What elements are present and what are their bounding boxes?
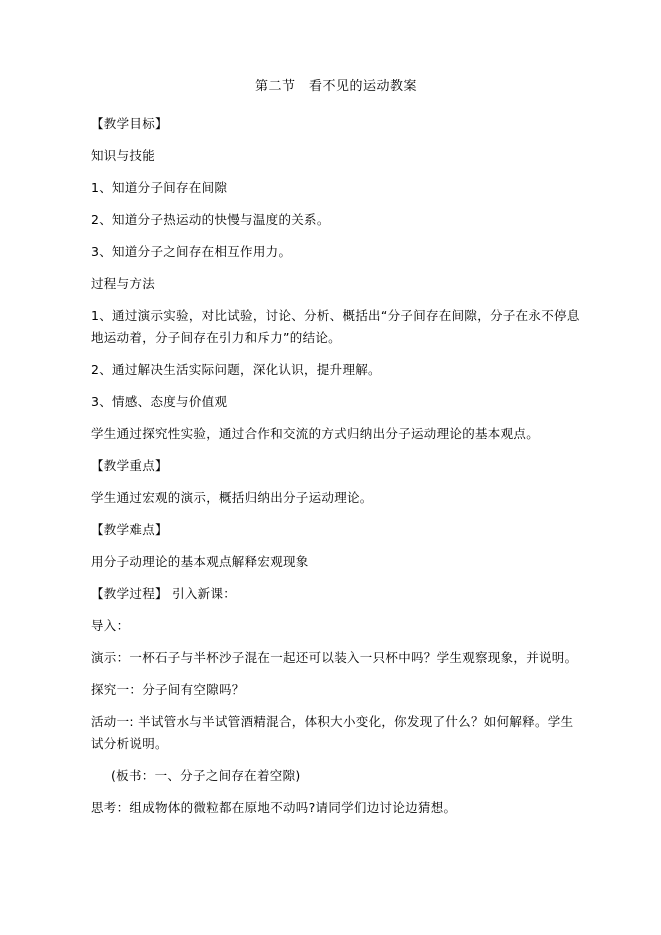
- paragraph: 2、通过解决生活实际问题，深化认识，提升理解。: [91, 359, 581, 381]
- paragraph: 3、情感、态度与价值观: [91, 391, 581, 413]
- document-content: 第二节 看不见的运动教案 【教学目标】知识与技能1、知道分子间存在间隙2、知道分…: [0, 0, 661, 819]
- paragraph: 导入：: [91, 615, 581, 637]
- paragraph: 3、知道分子之间存在相互作用力。: [91, 241, 581, 263]
- paragraph: 【教学难点】: [91, 519, 581, 541]
- document-title: 第二节 看不见的运动教案: [91, 76, 581, 98]
- paragraph: 1、通过演示实验，对比试验，讨论、分析、概括出“分子间存在间隙，分子在永不停息地…: [91, 305, 581, 349]
- paragraph: 过程与方法: [91, 273, 581, 295]
- paragraph: 【教学过程】 引入新课：: [91, 583, 581, 605]
- document-body: 【教学目标】知识与技能1、知道分子间存在间隙2、知道分子热运动的快慢与温度的关系…: [91, 113, 581, 819]
- paragraph: 用分子动理论的基本观点解释宏观现象: [91, 551, 581, 573]
- document-page: 第二节 看不见的运动教案 【教学目标】知识与技能1、知道分子间存在间隙2、知道分…: [0, 0, 661, 935]
- paragraph: 1、知道分子间存在间隙: [91, 177, 581, 199]
- paragraph: 探究一：分子间有空隙吗？: [91, 679, 581, 701]
- paragraph: 知识与技能: [91, 145, 581, 167]
- paragraph: 活动一: 半试管水与半试管酒精混合，体积大小变化，你发现了什么？如何解释。学生试…: [91, 711, 581, 755]
- paragraph: 演示：一杯石子与半杯沙子混在一起还可以装入一只杯中吗？学生观察现象，并说明。: [91, 647, 581, 669]
- paragraph: 思考：组成物体的微粒都在原地不动吗?请同学们边讨论边猜想。: [91, 797, 581, 819]
- paragraph: 2、知道分子热运动的快慢与温度的关系。: [91, 209, 581, 231]
- paragraph: (板书：一、分子之间存在着空隙): [91, 765, 581, 787]
- paragraph: 学生通过探究性实验，通过合作和交流的方式归纳出分子运动理论的基本观点。: [91, 423, 581, 445]
- paragraph: 学生通过宏观的演示，概括归纳出分子运动理论。: [91, 487, 581, 509]
- paragraph: 【教学目标】: [91, 113, 581, 135]
- paragraph: 【教学重点】: [91, 455, 581, 477]
